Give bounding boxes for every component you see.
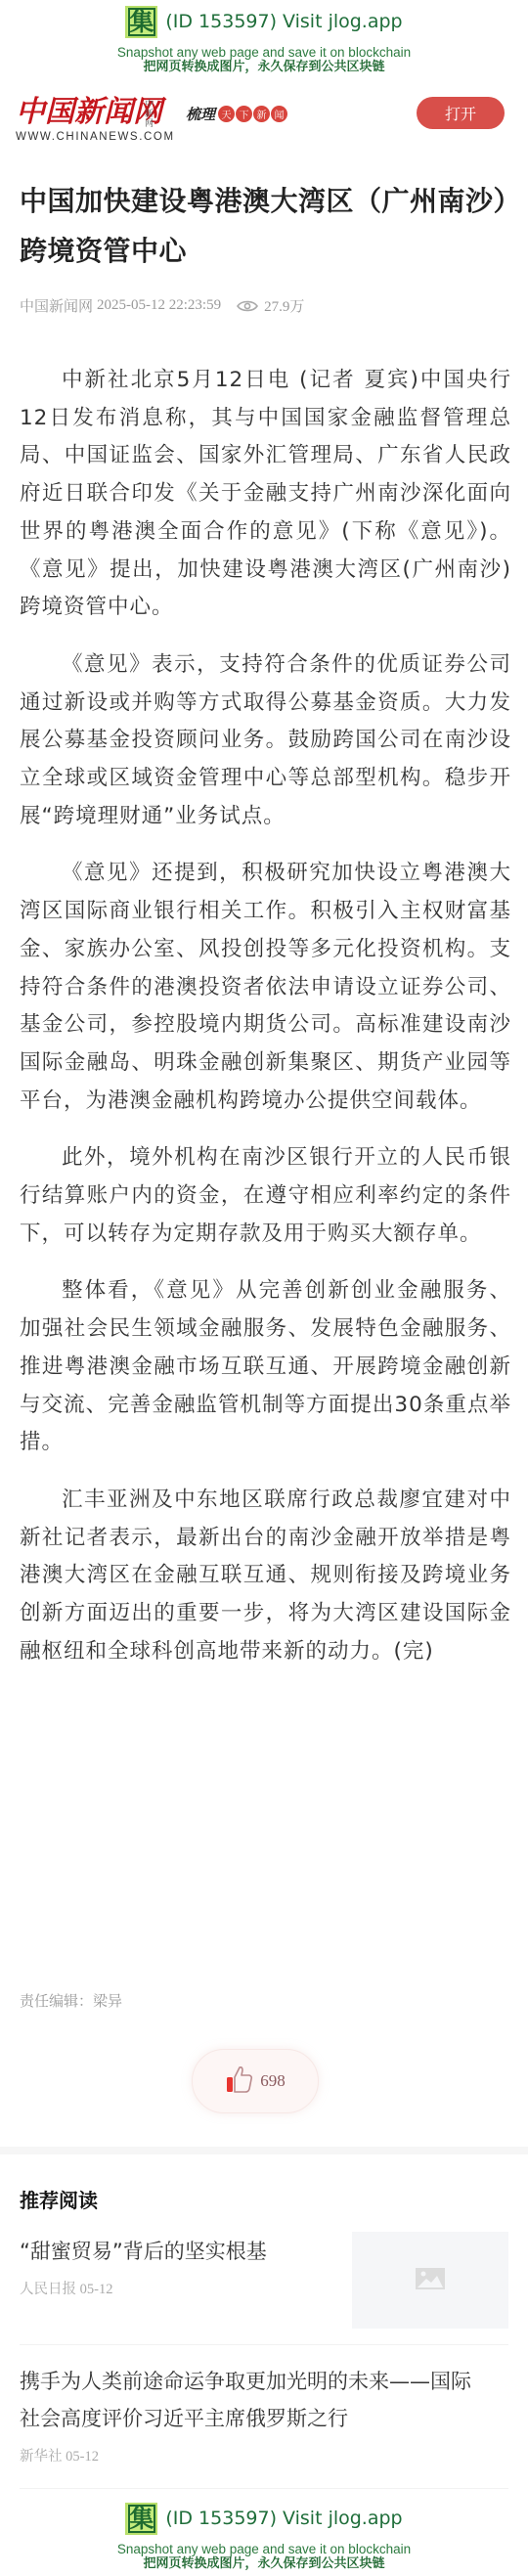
jlog-id-link[interactable]: (ID 153597) Visit jlog.app: [165, 11, 402, 32]
article-datetime: 2025-05-12 22:23:59: [97, 297, 221, 314]
article-meta: 中国新闻网 2025-05-12 22:23:59 27.9万: [20, 295, 304, 316]
eye-icon: [237, 299, 258, 313]
article-source: 中国新闻网: [20, 295, 93, 316]
recommended-item[interactable]: “甜蜜贸易”背后的坚实根基 人民日报 05-12: [20, 2220, 508, 2345]
slogan-circle: 新: [253, 106, 270, 122]
slogan-circle: 下: [236, 106, 252, 122]
paragraph: 此外，境外机构在南沙区银行开立的人民币银行结算账户内的资金，在遵守相应利率约定的…: [20, 1139, 511, 1253]
jlog-banner-top: 集 (ID 153597) Visit jlog.app Snapshot an…: [0, 4, 528, 74]
like-count: 698: [260, 2071, 286, 2091]
paragraph: 《意见》还提到，积极研究加快设立粤港澳大湾区国际商业银行相关工作。积极引入主权财…: [20, 855, 511, 1120]
recommended-title[interactable]: “甜蜜贸易”背后的坚实根基: [20, 2220, 332, 2270]
site-header: 中国新闻网 WWW.CHINANEWS.COM 中新网 梳理 天 下 新 闻 打…: [0, 90, 528, 151]
responsible-editor: 责任编辑：梁异: [20, 1990, 122, 2011]
recommended-item[interactable]: 携手为人类前途命运争取更加光明的未来——国际社会高度评价习近平主席俄罗斯之行 新…: [20, 2350, 508, 2489]
jlog-tagline-cn: 把网页转换成图片，永久保存到公共区块链: [0, 60, 528, 74]
paragraph: 整体看，《意见》从完善创新创业金融服务、加强社会民生领域金融服务、发展特色金融服…: [20, 1272, 511, 1462]
recommended-title[interactable]: 携手为人类前途命运争取更加光明的未来——国际社会高度评价习近平主席俄罗斯之行: [20, 2350, 489, 2437]
slogan: 梳理 天 下 新 闻: [186, 104, 287, 124]
recommended-source: 新华社 05-12: [20, 2445, 508, 2465]
paragraph: 汇丰亚洲及中东地区联席行政总裁廖宜建对中新社记者表示，最新出台的南沙金融开放举措…: [20, 1482, 511, 1671]
logo-url: WWW.CHINANEWS.COM: [16, 131, 175, 143]
open-app-button[interactable]: 打开: [417, 97, 505, 129]
paragraph: 中新社北京5月12日电 (记者 夏宾)中国央行12日发布消息称，其与中国国家金融…: [20, 362, 511, 627]
thumbs-up-icon: [225, 2065, 254, 2098]
jlog-tagline-en: Snapshot any web page and save it on blo…: [0, 45, 528, 60]
jlog-logo-icon: 集: [125, 2503, 157, 2535]
image-placeholder-icon: [416, 2268, 445, 2293]
like-button[interactable]: 698: [192, 2049, 319, 2113]
jlog-id-link[interactable]: (ID 153597) Visit jlog.app: [165, 2508, 402, 2529]
section-divider: [0, 2147, 528, 2154]
jlog-tagline-cn: 把网页转换成图片，永久保存到公共区块链: [0, 2556, 528, 2571]
view-count: 27.9万: [264, 295, 304, 316]
slogan-circle: 天: [218, 106, 235, 122]
recommended-heading: 推荐阅读: [20, 2185, 98, 2213]
logo-small-text: 中新网: [145, 100, 154, 129]
thumbnail-placeholder[interactable]: [352, 2232, 508, 2329]
paragraph: 《意见》表示，支持符合条件的优质证券公司通过新设或并购等方式取得公募基金资质。大…: [20, 646, 511, 836]
article-title: 中国加快建设粤港澳大湾区（广州南沙）跨境资管中心: [20, 176, 513, 276]
jlog-banner-bottom: 集 (ID 153597) Visit jlog.app Snapshot an…: [0, 2501, 528, 2571]
slogan-circle: 闻: [271, 106, 287, 122]
jlog-logo-icon: 集: [125, 6, 157, 38]
article-body: 中新社北京5月12日电 (记者 夏宾)中国央行12日发布消息称，其与中国国家金融…: [20, 362, 511, 1691]
jlog-tagline-en: Snapshot any web page and save it on blo…: [0, 2542, 528, 2556]
slogan-prefix: 梳理: [186, 104, 215, 124]
